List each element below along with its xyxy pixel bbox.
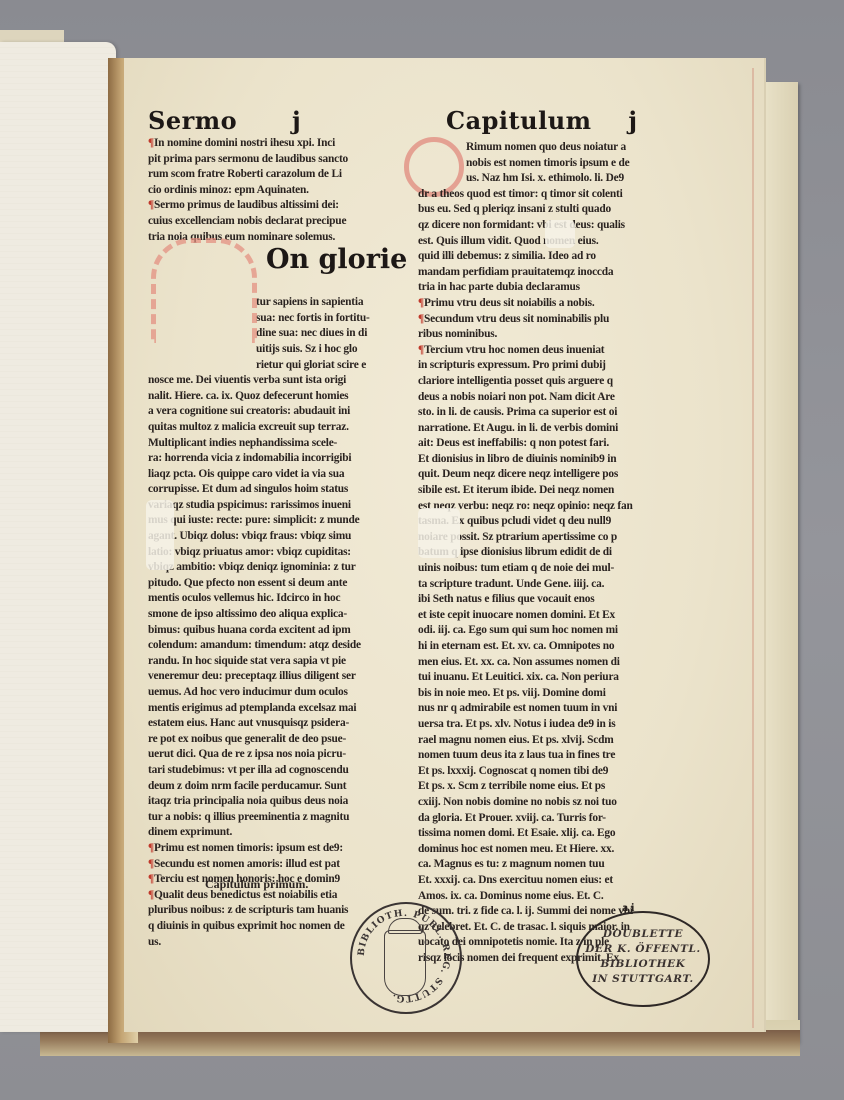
body-text: nosce me. Dei viuentis verba sunt ista o…: [148, 373, 398, 841]
footer-caption: Capitulum primum.: [205, 877, 308, 892]
body-line: sto. in li. de causis. Prima ca superior…: [418, 405, 676, 421]
coat-of-arms-icon: [384, 930, 426, 996]
body-line: liaqz pcta. Ois quippe caro videt ia via…: [148, 467, 398, 483]
body-line: itaqz tria principalia noia quibus deus …: [148, 794, 398, 810]
initial-d-outline: [151, 238, 257, 343]
body-line: et iste cepit inuocare nomen domini. Et …: [418, 608, 676, 624]
body-line: quid illi debemus: z similia. Ideo ad ro: [418, 249, 676, 265]
intro-line: ¶In nomine domini nostri ihesu xpi. Inci: [148, 136, 398, 152]
body-line: ¶Primu vtru deus sit noiabilis a nobis.: [418, 296, 676, 312]
body-line: da gloria. Et Prouer. xviij. ca. Turris …: [418, 811, 676, 827]
body-line: corrupisse. Et dum ad singulos hoim stat…: [148, 482, 398, 498]
body-line: clariore intelligentia posset quis argue…: [418, 374, 676, 390]
body-line: nomen tuum deus ita z laus tua in fines …: [418, 748, 676, 764]
paragraph-line: ¶Primu est nomen timoris: ipsum est de9:: [148, 841, 398, 857]
body-line: mentis erigimus ad ptemplanda excelsaz m…: [148, 701, 398, 717]
oval-stamp-line: IN STUTTGART.: [578, 972, 708, 987]
body-line: Multiplicant indies nephandissima scele-: [148, 436, 398, 452]
initial-line: uitijs suis. Sz i hoc glo: [148, 342, 398, 358]
body-line: Amos. ix. ca. Dominus nome eius. Et. C.: [418, 889, 676, 905]
body-line: ¶Secundum vtru deus sit nominabilis plu: [418, 312, 676, 328]
body-line: Et ps. lxxxij. Cognoscat q nomen tibi de…: [418, 764, 676, 780]
body-line: hi in eternam est. Et. xv. ca. Omnipotes…: [418, 639, 676, 655]
body-line: Et. xxxij. ca. Dns exercituu nomen eius:…: [418, 873, 676, 889]
body-line: dominus hoc est nomen meu. Et Hiere. xx.: [418, 842, 676, 858]
body-line: pitudo. Que pfecto non essent si deum an…: [148, 576, 398, 592]
body-line: nus nr q admirabile est nomen tuum in vn…: [418, 701, 676, 717]
body-line: uinis noibus: tum etiam q de noie dei mu…: [418, 561, 676, 577]
body-line: estatem eius. Hanc aut vnusquisqz psider…: [148, 716, 398, 732]
body-line: latio: vbiqz priuatus amor: vbiqz cupidi…: [148, 545, 398, 561]
oval-stamp-line: DER K. ÖFFENTL.: [578, 942, 708, 957]
body-line: Et dionisius in libro de diuinis nominib…: [418, 452, 676, 468]
oval-stamp-line: BIBLIOTHEK: [578, 957, 708, 972]
body-line: mentis oculos vellemus hic. Idcirco in h…: [148, 591, 398, 607]
body-line: narratione. Et Augu. in li. de verbis do…: [418, 421, 676, 437]
body-line: uersa tra. Et ps. xlv. Notus i iudea de9…: [418, 717, 676, 733]
left-column: Sermo j ¶In nomine domini nostri ihesu x…: [148, 106, 398, 950]
left-heading: Sermo j: [148, 106, 398, 136]
right-initial-block: Rimum nomen quo deus noiatur a nobis est…: [418, 140, 676, 187]
body-line: nosce me. Dei viuentis verba sunt ista o…: [148, 373, 398, 389]
body-line: re pot ex noibus que generalit de deo ps…: [148, 732, 398, 748]
paper-abrasion: [418, 508, 460, 558]
body-line: dinem exprimunt.: [148, 825, 398, 841]
cover-bottom-edge: [40, 1030, 800, 1056]
right-heading: Capitulum j: [446, 106, 638, 136]
left-heading-title: Sermo: [148, 106, 237, 135]
paper-abrasion: [146, 500, 174, 570]
paper-abrasion: [545, 220, 575, 248]
paragraph-line: ¶Secundu est nomen amoris: illud est pat: [148, 857, 398, 873]
body-line: ra: horrenda vicia z indomabilia incorri…: [148, 451, 398, 467]
initial-heading: On glorie: [266, 244, 407, 275]
page-red-edge: [752, 68, 754, 1028]
body-line: tria in hac parte dubia declaramus: [418, 280, 676, 296]
body-line: quitas multoz z malicia excreuit sup ter…: [148, 420, 398, 436]
body-line: Et ps. x. Scm z terribile nome eius. Et …: [418, 779, 676, 795]
body-line: a vera cognitione sui creatoris: abudaui…: [148, 404, 398, 420]
intro-line: cuius excellenciam nobis declarat precip…: [148, 214, 398, 230]
intro-block: ¶In nomine domini nostri ihesu xpi. Inci…: [148, 136, 398, 245]
body-line: ca. Magnus es tu: z magnum nomen tuu: [418, 857, 676, 873]
body-line: bimus: quibus huana corda excitent ad ip…: [148, 623, 398, 639]
body-line: agant. Ubiqz dolus: vbiqz fraus: vbiqz s…: [148, 529, 398, 545]
body-line: mandam perfidiam prauitatemqz inoccda: [418, 265, 676, 281]
body-line: ta scripture tradunt. Unde Gene. iiij. c…: [418, 577, 676, 593]
initial-line: nobis est nomen timoris ipsum e de: [418, 156, 676, 172]
body-line: ribus nominibus.: [418, 327, 676, 343]
body-line: odi. iij. ca. Ego sum qui sum hoc nomen …: [418, 623, 676, 639]
body-line: uerut dici. Qua de re z ipsa nos noia pi…: [148, 747, 398, 763]
body-line: tui inuanu. Et Leuitici. xix. ca. Non pe…: [418, 670, 676, 686]
body-line: bis in noie meo. Et ps. viij. Domine dom…: [418, 686, 676, 702]
initial-line: rietur qui gloriat scire e: [148, 358, 398, 374]
body-line: uemus. Ad hoc vero inducimur dum oculos: [148, 685, 398, 701]
right-heading-wrap: Capitulum j: [446, 106, 638, 136]
body-line: sibile est. Et iterum ibide. Dei neqz no…: [418, 483, 676, 499]
body-line: cxiij. Non nobis domine no nobis sz noi …: [418, 795, 676, 811]
body-line: men eius. Et. xx. ca. Non assumes nomen …: [418, 655, 676, 671]
body-line: tur a nobis: q illius preeminentia z mag…: [148, 810, 398, 826]
right-heading-number: j: [628, 106, 637, 135]
intro-line: pit prima pars sermonu de laudibus sanct…: [148, 152, 398, 168]
body-line: tissima nomen domi. Et Esaie. xlij. ca. …: [418, 826, 676, 842]
left-heading-number: j: [292, 106, 301, 135]
body-line: quit. Deum neqz dicere neqz intelligere …: [418, 467, 676, 483]
body-line: smone de ipso altissimo deo aliqua expli…: [148, 607, 398, 623]
body-line: vbiqz ambitio: vbiqz deniqz ignominia: z…: [148, 560, 398, 576]
body-line: rael magnu nomen eius. Et ps. xlvij. Scd…: [418, 733, 676, 749]
intro-line: ¶Sermo primus de laudibus altissimi dei:: [148, 198, 398, 214]
body-line: deus a nobis noiari non pot. Nam dicit A…: [418, 390, 676, 406]
flyleaf-page: [0, 42, 116, 1032]
body-line: deum z doim nrm facile perducamur. Sunt: [148, 779, 398, 795]
oval-stamp-line: DOUBLETTE: [578, 927, 708, 942]
intro-line: cio ordinis minoz: epm Aquinaten.: [148, 183, 398, 199]
intro-line: rum scom fratre Roberti carazolum de Li: [148, 167, 398, 183]
body-line: nalit. Hiere. ca. ix. Quoz defecerunt ho…: [148, 389, 398, 405]
body-line: ¶Tercium vtru hoc nomen deus inueniat: [418, 343, 676, 359]
body-line: tari studebimus: vt per illa ad cognosce…: [148, 763, 398, 779]
doublette-oval-stamp: DOUBLETTE DER K. ÖFFENTL. BIBLIOTHEK IN …: [576, 911, 710, 1007]
body-line: dr a theos quod est timor: q timor sit c…: [418, 187, 676, 203]
body-line: randu. In hoc siquide stat vera sapia vt…: [148, 654, 398, 670]
initial-line: us. Naz hm Isi. x. ethimolo. li. De9: [418, 171, 676, 187]
body-line: ibi Seth natus e filius que vocauit enos: [418, 592, 676, 608]
body-line: mus qui iuste: recte: pure: simplicit: z…: [148, 513, 398, 529]
right-heading-title: Capitulum: [446, 106, 592, 135]
right-body-text: dr a theos quod est timor: q timor sit c…: [418, 187, 676, 967]
initial-line: Rimum nomen quo deus noiatur a: [418, 140, 676, 156]
body-line: variaqz studia pspicimus: rarissimos inu…: [148, 498, 398, 514]
body-line: bus eu. Sed q pleriqz insani z stulti qu…: [418, 202, 676, 218]
body-line: veneremur deu: preceptaqz illius diligen…: [148, 669, 398, 685]
body-line: ait: Deus est ineffabilis: q non potest …: [418, 436, 676, 452]
body-line: colendum: amandum: timendum: atqz deside: [148, 638, 398, 654]
body-line: in scripturis expressum. Pro primi dubij: [418, 358, 676, 374]
